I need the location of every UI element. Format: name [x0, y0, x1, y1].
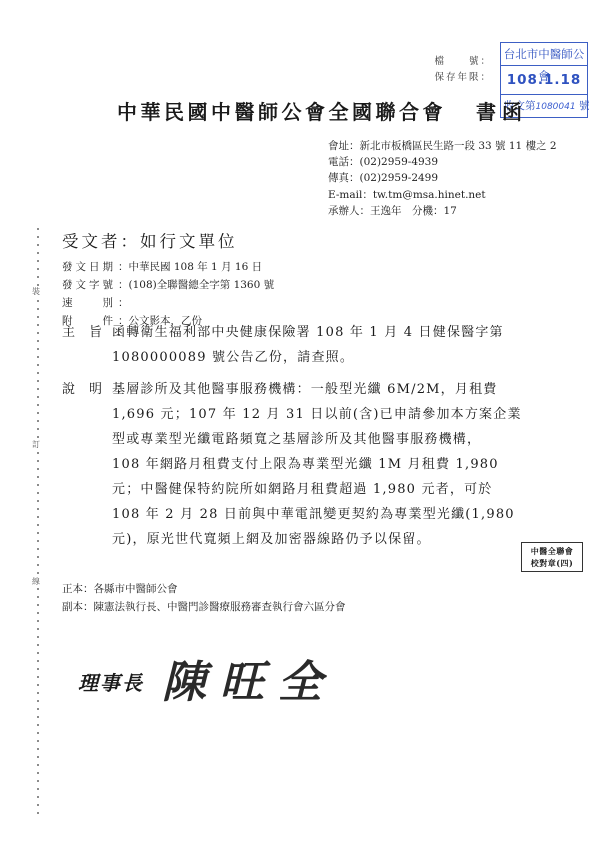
- binding-mark-xian: 線: [32, 577, 40, 587]
- binding-dots: [37, 225, 39, 815]
- handwritten-number: 1080041: [536, 102, 576, 112]
- issue-number: 發文字號：(108)全聯醫總全字第 1360 號: [62, 276, 274, 294]
- issue-date: 發文日期：中華民國 108 年 1 月 16 日: [62, 258, 274, 276]
- explanation-line: 108 年 2 月 28 日前與中華電訊變更契約為專業型光纖(1,980: [112, 502, 528, 527]
- binding-mark-ding: 訂: [32, 440, 40, 450]
- recipient: 受文者：如行文單位: [62, 228, 238, 252]
- explanation-line: 型或專業型光纖電路頻寬之基層診所及其他醫事服務機構，: [112, 427, 528, 452]
- binding-line: 裝 訂 線: [34, 225, 42, 815]
- original-recipients: 正本：各縣市中醫師公會: [62, 580, 346, 598]
- organization-name: 中華民國中醫師公會全國聯合會: [117, 100, 446, 124]
- handler: 承辦人：王逸年 分機：17: [328, 203, 557, 219]
- explanation-line: 108 年網路月租費支付上限為專業型光纖 1M 月租費 1,980: [112, 452, 528, 477]
- fax: 傳真：(02)2959-2499: [328, 170, 557, 186]
- explanation-line: 基層診所及其他醫事服務機構：一般型光纖 6M/2M，月租費: [112, 377, 528, 402]
- explanation-section: 說明： 基層診所及其他醫事服務機構：一般型光纖 6M/2M，月租費 1,696 …: [62, 377, 528, 552]
- copy-recipients: 副本：陳憲法執行長、中醫門診醫療服務審查執行會六區分會: [62, 598, 346, 616]
- stamp-organization: 台北市中醫師公會: [501, 43, 587, 66]
- speed-class: 速 別：: [62, 294, 274, 312]
- explanation-line: 元)，原光世代寬頻上網及加密器線路仍予以保留。: [112, 527, 528, 552]
- signatory-name: 陳旺全: [162, 646, 336, 710]
- subject-line: 函轉衛生福利部中央健康保險署 108 年 1 月 4 日健保醫字第: [112, 320, 528, 345]
- document-title: 中華民國中醫師公會全國聯合會書函: [117, 96, 528, 125]
- email: E-mail：tw.tm@msa.hinet.net: [328, 187, 557, 203]
- stamp-date: 108.1.18: [501, 66, 587, 95]
- explanation-label: 說明：: [62, 377, 110, 402]
- filing-info: 檔 號： 保存年限：: [428, 54, 492, 86]
- subject-section: 主旨： 函轉衛生福利部中央健康保險署 108 年 1 月 4 日健保醫字第 10…: [62, 320, 528, 370]
- distribution-list: 正本：各縣市中醫師公會 副本：陳憲法執行長、中醫門診醫療服務審查執行會六區分會: [62, 580, 346, 616]
- explanation-line: 元；中醫健保特約院所如網路月租費超過 1,980 元者，可於: [112, 477, 528, 502]
- contact-block: 會址：新北市板橋區民生路一段 33 號 11 樓之 2 電話：(02)2959-…: [328, 138, 557, 219]
- explanation-line: 1,696 元；107 年 12 月 31 日以前(含)已申請參加本方案企業: [112, 402, 528, 427]
- binding-mark-zhuang: 裝: [32, 287, 40, 297]
- subject-label: 主旨：: [62, 320, 110, 345]
- subject-line: 1080000089 號公告乙份，請查照。: [112, 345, 528, 370]
- signatory-title: 理事長: [78, 667, 144, 696]
- proofread-stamp: 中醫全聯會 校對章(四): [521, 542, 583, 572]
- document-type: 書函: [476, 100, 528, 124]
- file-number-label: 檔 號：: [428, 54, 492, 70]
- phone: 電話：(02)2959-4939: [328, 154, 557, 170]
- address: 會址：新北市板橋區民生路一段 33 號 11 樓之 2: [328, 138, 557, 154]
- retention-label: 保存年限：: [428, 70, 492, 86]
